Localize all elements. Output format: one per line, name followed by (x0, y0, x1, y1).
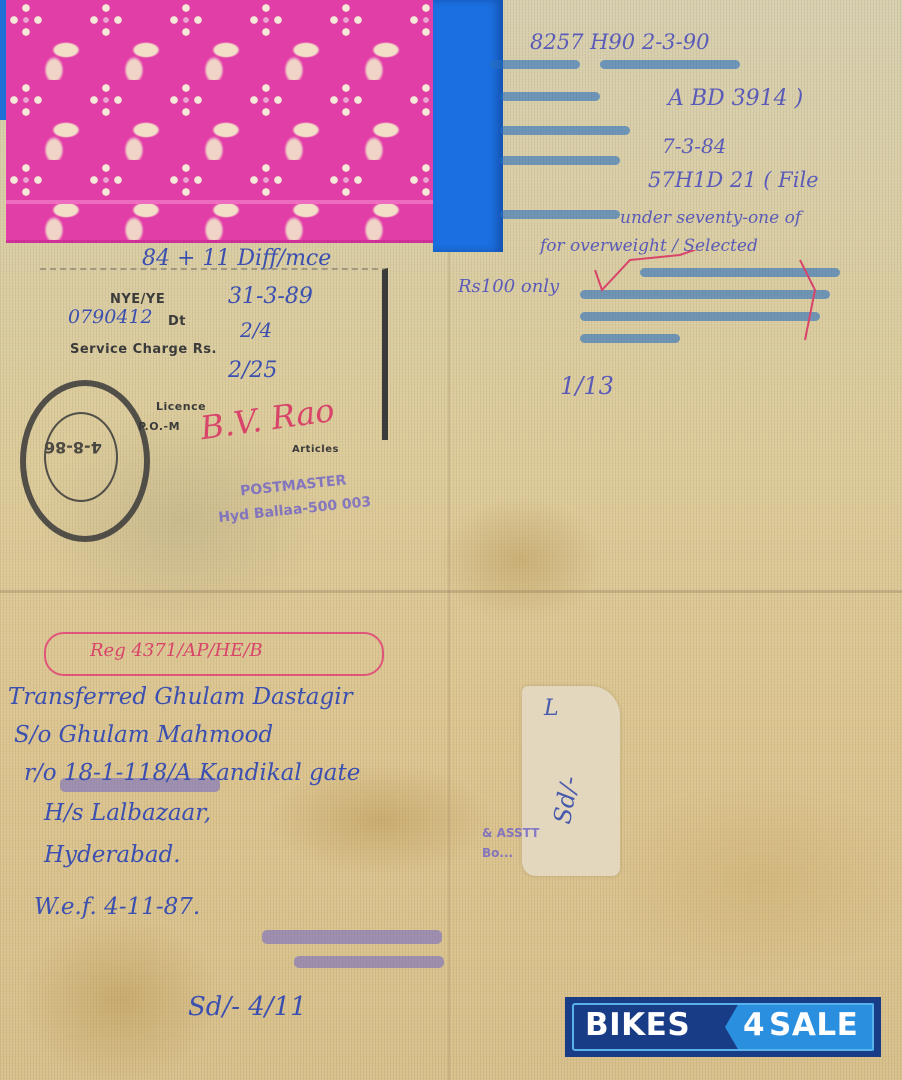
stamp-row3-label: Service Charge Rs. (70, 342, 217, 357)
note-line-4: 57H1D 21 ( File (648, 168, 819, 192)
address-line-1: Transferred Ghulam Dastagir (8, 684, 353, 710)
ink-smear (600, 60, 740, 69)
floral-cover-paper (6, 0, 438, 243)
address-line-2: S/o Ghulam Mahmood (14, 722, 273, 748)
ink-smear (500, 126, 630, 135)
red-tick-marks (590, 250, 850, 350)
note-line-3: 7-3-84 (662, 134, 726, 158)
address-line-5: Hyderabad. (44, 842, 181, 868)
logo-number: 4 (743, 1007, 765, 1043)
ink-smear (500, 210, 620, 219)
logo-word-bikes: BIKES (585, 1007, 690, 1043)
postmark-date: 4-8-86 (44, 438, 102, 457)
red-reference: Reg 4371/AP/HE/B (90, 640, 263, 661)
patch-stamp-line1: & ASSTT (482, 826, 539, 840)
address-line-3: r/o 18-1-118/A Kandikal gate (24, 760, 360, 786)
address-line-6: W.e.f. 4-11-87. (34, 894, 200, 920)
bottom-initials: Sd/- 4/11 (188, 992, 307, 1022)
fold-crease-horizontal (0, 590, 902, 593)
ink-smear (490, 60, 580, 69)
blue-tape-right (433, 0, 503, 252)
stamp-row2-value: 2/4 (240, 318, 272, 342)
bikes4sale-logo: BIKES 4 SALE (565, 997, 881, 1057)
note-line-1: 8257 H90 2-3-90 (530, 30, 709, 54)
stamp-row3-value: 2/25 (228, 358, 277, 383)
note-line-2: A BD 3914 ) (668, 86, 803, 111)
round-postmark: 4-8-86 (20, 380, 150, 542)
note-line-8: 1/13 (560, 372, 614, 400)
patch-signature: Sd/- (548, 774, 584, 826)
patch-stamp-line2: Bo... (482, 846, 513, 860)
note-line-5: under seventy-one of (620, 208, 801, 228)
stamp-row1-label: NYE/YE (110, 292, 165, 307)
fold-crease-vertical (448, 240, 450, 1080)
stamp-row1-value: 31-3-89 (228, 284, 313, 309)
ink-smear (294, 956, 444, 968)
paper-patch: L Sd/- (522, 686, 620, 876)
logo-word-sale: SALE (769, 1007, 858, 1043)
ink-smear (262, 930, 442, 944)
ink-smear (500, 156, 620, 165)
patch-mark: L (544, 696, 559, 721)
stamp-row6-label: Articles (292, 444, 339, 455)
stamp-row2-handwritten: 0790412 (68, 306, 153, 328)
ink-smear (500, 92, 600, 101)
stamp-row2-label: Dt (168, 314, 186, 329)
address-line-4: H/s Lalbazaar, (44, 800, 211, 826)
floral-cover-fold (6, 200, 434, 204)
stamp-handwritten-top: 84 + 11 Diff/mce (142, 246, 331, 271)
note-line-7: Rs100 only (458, 276, 559, 297)
